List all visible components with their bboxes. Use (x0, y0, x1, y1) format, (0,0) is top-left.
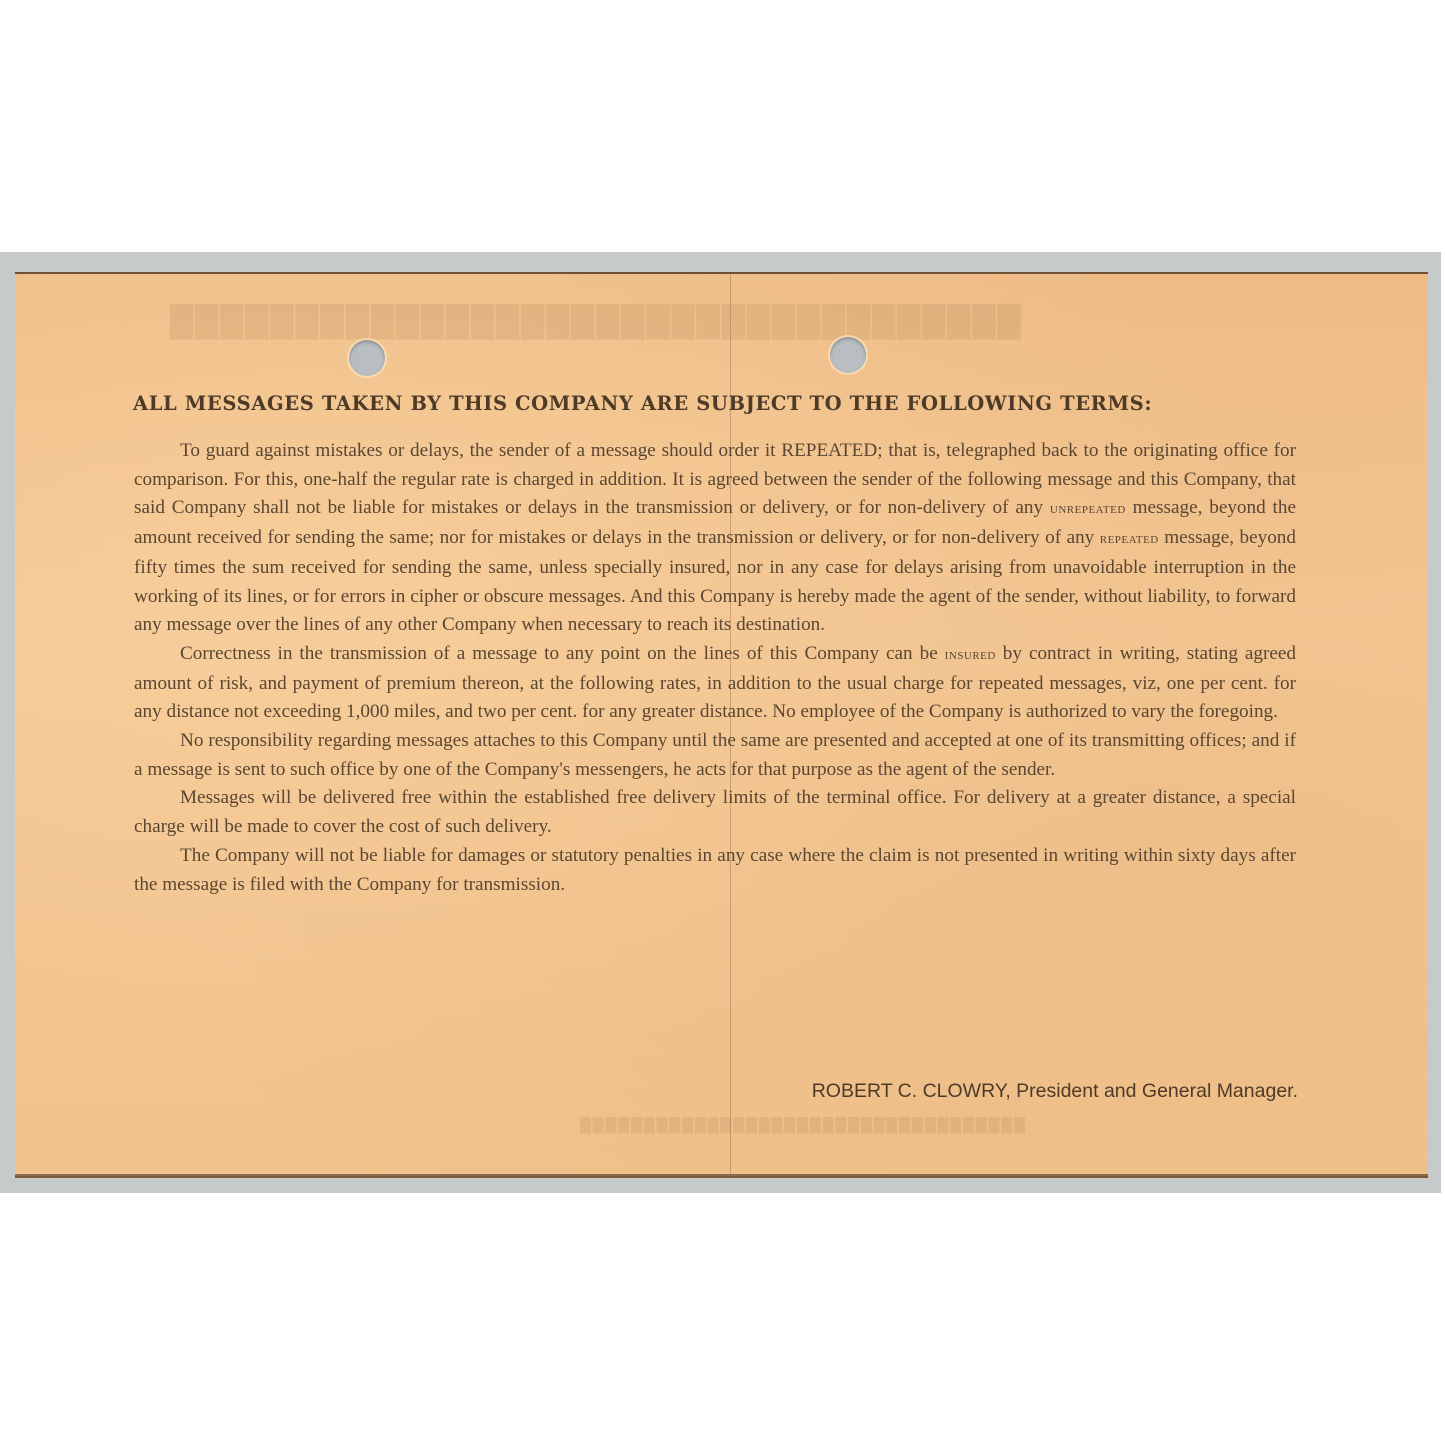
bleed-through-text: ██████████████████████████████████ (170, 305, 1022, 340)
terms-paragraph-repeated: To guard against mistakes or delays, the… (134, 437, 1296, 640)
punch-hole-left (349, 340, 385, 376)
punch-hole-right (830, 337, 866, 373)
terms-smallcaps: unrepeated (1050, 500, 1126, 517)
terms-paragraph-delivery: Messages will be delivered free within t… (134, 784, 1296, 841)
signature-line: ROBERT C. CLOWRY, President and General … (608, 1080, 1298, 1103)
terms-paragraph-claims: The Company will not be liable for damag… (134, 842, 1296, 899)
terms-paragraph-insured: Correctness in the transmission of a mes… (134, 640, 1296, 727)
terms-heading: ALL MESSAGES TAKEN BY THIS COMPANY ARE S… (133, 392, 1313, 415)
terms-smallcaps: insured (945, 646, 996, 663)
terms-body: To guard against mistakes or delays, the… (134, 437, 1296, 899)
terms-text: Correctness in the transmission of a mes… (180, 643, 945, 664)
bleed-through-text: ███████████████████████████████████ (580, 1118, 1027, 1134)
terms-paragraph-responsibility: No responsibility regarding messages att… (134, 727, 1296, 784)
terms-smallcaps: repeated (1100, 530, 1159, 547)
